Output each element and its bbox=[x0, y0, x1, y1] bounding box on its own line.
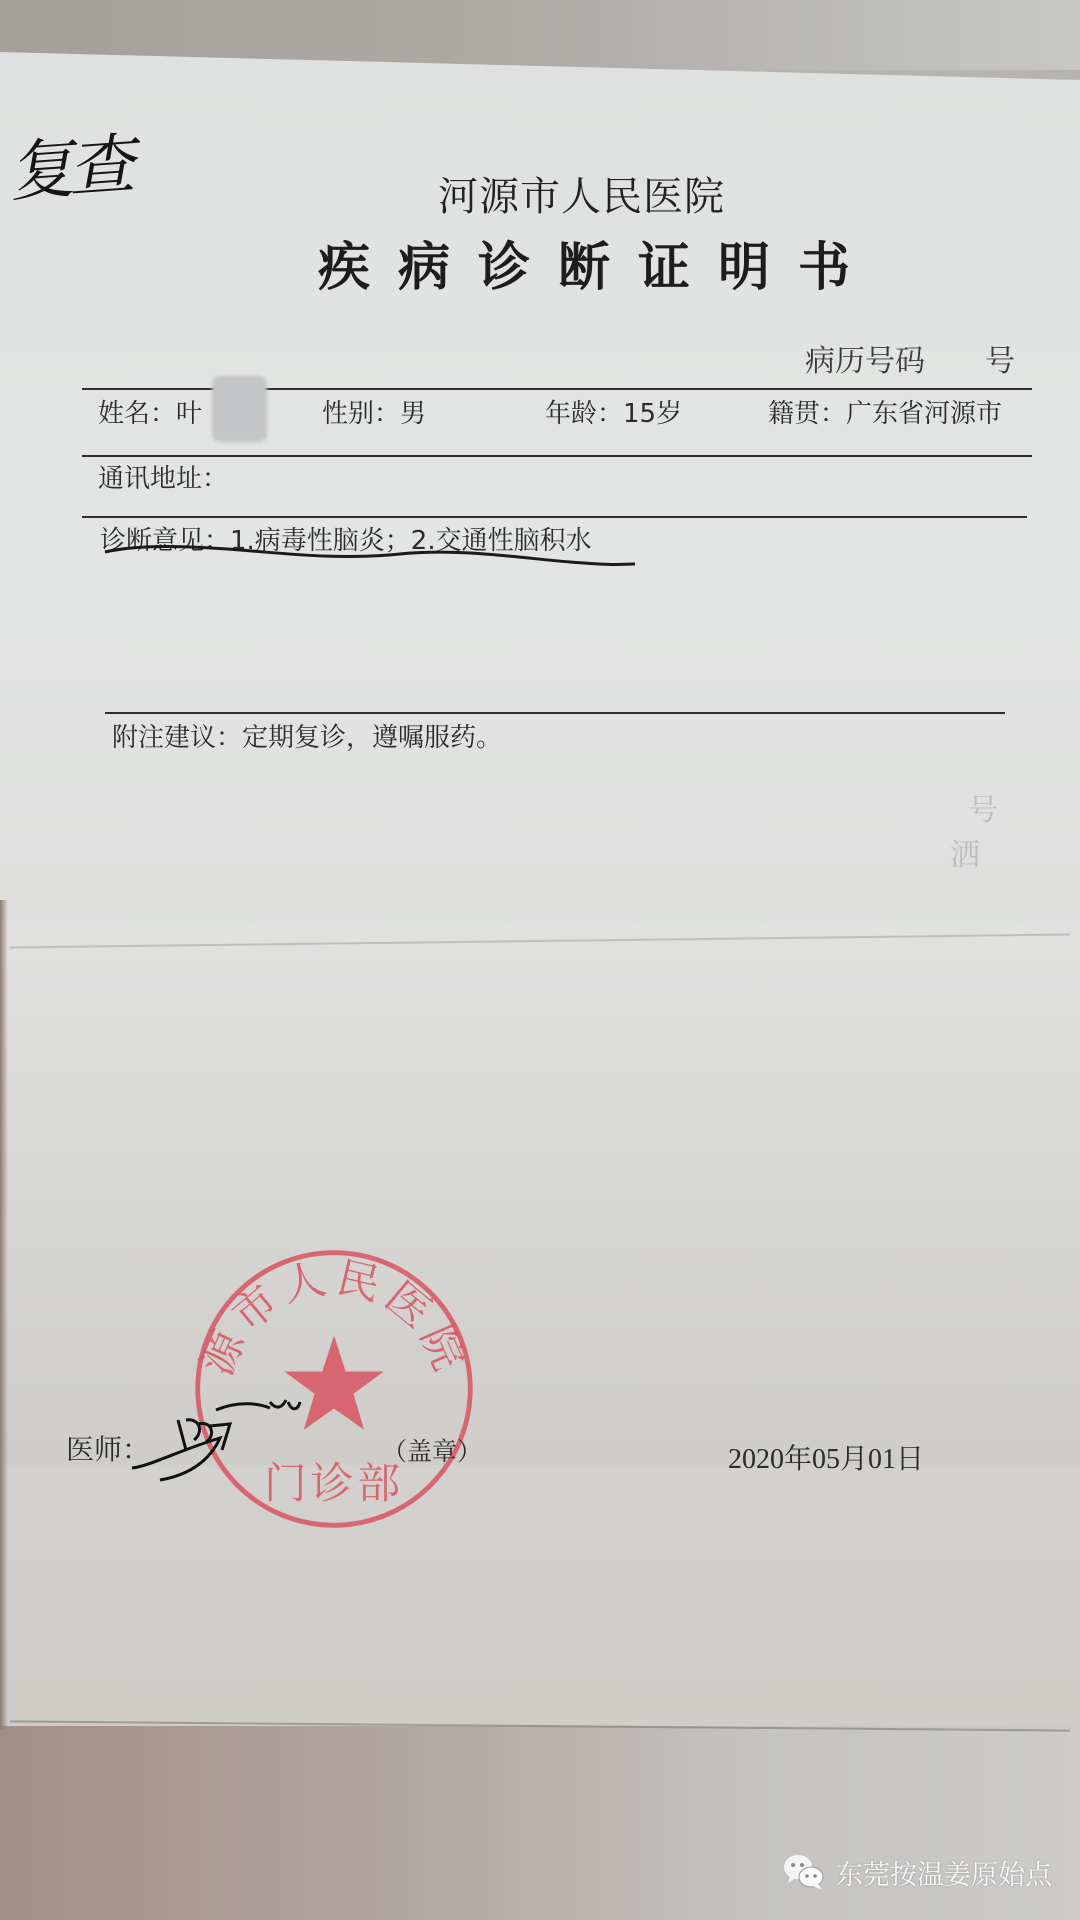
form-rule bbox=[82, 455, 1032, 457]
record-number-label: 病历号码 bbox=[805, 344, 925, 379]
seal-label: （盖章） bbox=[382, 1432, 482, 1468]
bleed-through-text: 号 bbox=[968, 785, 998, 829]
form-rule bbox=[105, 712, 1005, 714]
document-title: 疾病诊断证明书 bbox=[318, 225, 878, 300]
watermark: 东莞按温姜原始点 bbox=[782, 1852, 1052, 1892]
form-rule bbox=[82, 516, 1027, 518]
handwritten-note: 复查 bbox=[5, 111, 131, 214]
bleed-through-text: 洒 bbox=[950, 830, 980, 874]
record-number-suffix: 号 bbox=[985, 344, 1015, 379]
issue-date: 2020年05月01日 bbox=[728, 1437, 924, 1477]
advice-text: 附注建议：定期复诊，遵嘱服药。 bbox=[112, 717, 502, 754]
handwritten-underline bbox=[100, 540, 640, 570]
patient-age: 年龄：15岁 bbox=[545, 393, 682, 430]
doctor-signature bbox=[120, 1380, 310, 1490]
patient-gender: 性别：男 bbox=[322, 393, 426, 430]
hospital-name: 河源市人民医院 bbox=[438, 165, 725, 222]
redaction-blur bbox=[212, 376, 267, 442]
patient-address: 通讯地址： bbox=[98, 458, 228, 495]
patient-name: 姓名：叶 bbox=[98, 393, 202, 430]
patient-native-place: 籍贯：广东省河源市 bbox=[768, 393, 1002, 430]
record-number: 病历号码号 bbox=[805, 336, 1015, 380]
paper-edge-shadow bbox=[0, 900, 8, 1730]
wechat-icon bbox=[782, 1852, 826, 1892]
watermark-text: 东莞按温姜原始点 bbox=[836, 1853, 1052, 1892]
